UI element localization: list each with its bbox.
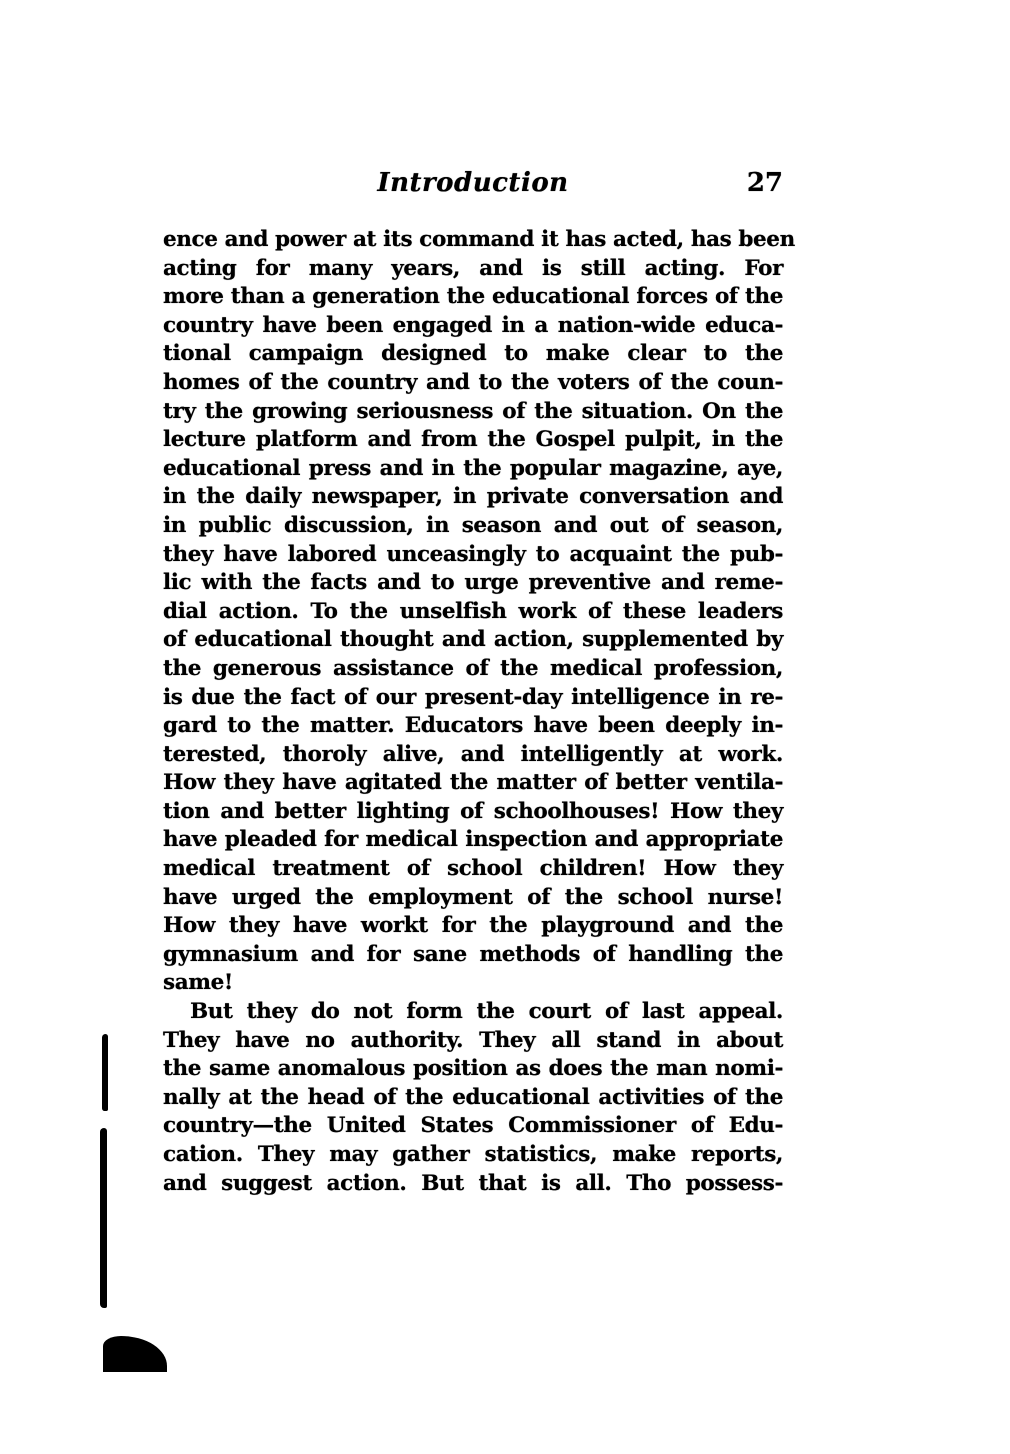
text-line: and suggest action. But that is all. Tho… xyxy=(163,1170,783,1199)
scan-gutter-mark-lower xyxy=(100,1128,107,1308)
text-line: gymnasium and for sane methods of handli… xyxy=(163,941,783,970)
body-text: ence and power at its command it has act… xyxy=(163,226,783,1198)
text-line: in public discussion, in season and out … xyxy=(163,512,783,541)
text-line: How they have agitated the matter of bet… xyxy=(163,769,783,798)
page-number: 27 xyxy=(747,168,783,198)
page-header: Introduction 27 xyxy=(163,168,783,202)
text-line: tional campaign designed to make clear t… xyxy=(163,340,783,369)
text-line: terested, thoroly alive, and intelligent… xyxy=(163,741,783,770)
running-head-title: Introduction xyxy=(163,168,783,198)
text-line: the same anomalous position as does the … xyxy=(163,1055,783,1084)
text-line: lecture platform and from the Gospel pul… xyxy=(163,426,783,455)
text-line: acting for many years, and is still acti… xyxy=(163,255,783,284)
text-line: lic with the facts and to urge preventiv… xyxy=(163,569,783,598)
text-line: the generous assistance of the medical p… xyxy=(163,655,783,684)
text-line: ence and power at its command it has act… xyxy=(163,226,783,255)
text-line: is due the fact of our present-day intel… xyxy=(163,684,783,713)
text-line: more than a generation the educational f… xyxy=(163,283,783,312)
text-line: How they have workt for the playground a… xyxy=(163,912,783,941)
text-line: medical treatment of school children! Ho… xyxy=(163,855,783,884)
book-page: Introduction 27 ence and power at its co… xyxy=(0,0,1010,1454)
text-line: homes of the country and to the voters o… xyxy=(163,369,783,398)
text-line: they have labored unceasingly to acquain… xyxy=(163,541,783,570)
text-line: try the growing seriousness of the situa… xyxy=(163,398,783,427)
text-line: cation. They may gather statistics, make… xyxy=(163,1141,783,1170)
text-line: nally at the head of the educational act… xyxy=(163,1084,783,1113)
text-line: educational press and in the popular mag… xyxy=(163,455,783,484)
text-line: have pleaded for medical inspection and … xyxy=(163,826,783,855)
text-line: tion and better lighting of schoolhouses… xyxy=(163,798,783,827)
text-line: of educational thought and action, suppl… xyxy=(163,626,783,655)
scan-ink-blob xyxy=(103,1336,167,1372)
text-line: have urged the employment of the school … xyxy=(163,884,783,913)
text-line: dial action. To the unselfish work of th… xyxy=(163,598,783,627)
text-line: country—the United States Commissioner o… xyxy=(163,1112,783,1141)
text-line: country have been engaged in a nation-wi… xyxy=(163,312,783,341)
scan-gutter-mark-upper xyxy=(102,1034,108,1111)
text-line: in the daily newspaper, in private conve… xyxy=(163,483,783,512)
text-line: same! xyxy=(163,969,783,998)
text-line: gard to the matter. Educators have been … xyxy=(163,712,783,741)
text-line: They have no authority. They all stand i… xyxy=(163,1027,783,1056)
text-line: But they do not form the court of last a… xyxy=(163,998,783,1027)
